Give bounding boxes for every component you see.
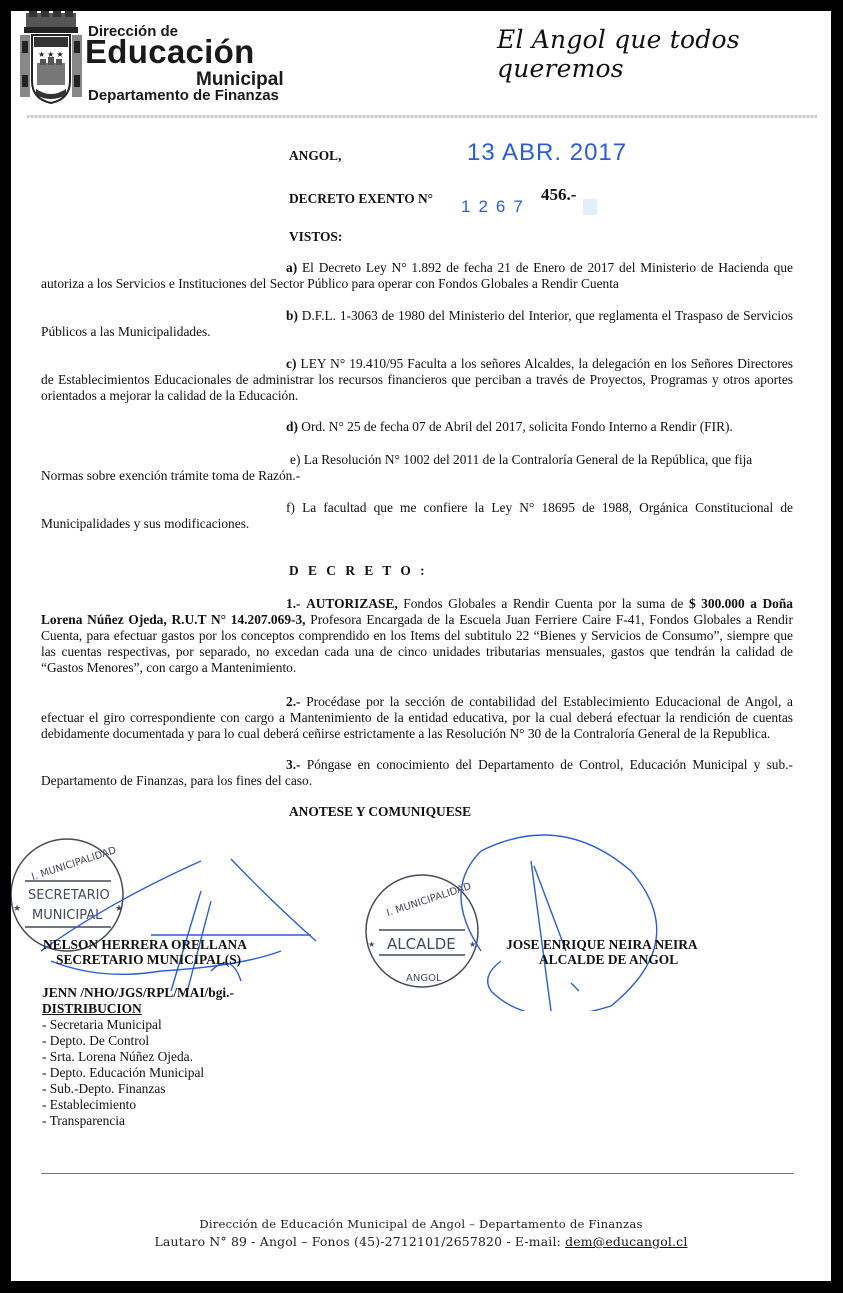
footer-line-1: Dirección de Educación Municipal de Ango…	[11, 1217, 831, 1231]
header-department: Departamento de Finanzas	[88, 87, 279, 104]
vistos-label: VISTOS:	[289, 229, 342, 245]
decreto-title: D E C R E T O :	[289, 563, 428, 579]
stamp-smudge	[583, 199, 597, 215]
signature-ink-icon: I. MUNICIPALIDAD SECRETARIO MUNICIPAL ★★…	[11, 831, 831, 1011]
svg-text:★: ★	[13, 904, 21, 914]
decree-number: 456.-	[541, 187, 576, 203]
footer-email-link[interactable]: dem@educangol.cl	[565, 1234, 687, 1249]
header-title: Educación	[85, 33, 255, 71]
decreto-item-1: 1.- AUTORIZASE, Fondos Globales a Rendir…	[41, 596, 793, 676]
footer-divider	[41, 1173, 794, 1174]
distribution-item: - Transparencia	[42, 1113, 234, 1129]
secretary-title: SECRETARIO MUNICIPAL(S)	[56, 952, 241, 967]
visto-a: a) El Decreto Ley N° 1.892 de fecha 21 d…	[41, 260, 793, 292]
visto-b: b) D.F.L. 1-3063 de 1980 del Ministerio …	[41, 308, 793, 340]
visto-f: f) La facultad que me confiere la Ley N°…	[41, 500, 793, 532]
distribution-heading: DISTRIBUCION	[42, 1001, 234, 1017]
distribution-item: - Secretaria Municipal	[42, 1017, 234, 1033]
date-stamp: 13 ABR. 2017	[467, 139, 627, 167]
distribution-item: - Sub.-Depto. Finanzas	[42, 1081, 234, 1097]
secretary-name: NELSON HERRERA ORELLANA	[43, 937, 247, 952]
svg-text:I. MUNICIPALIDAD: I. MUNICIPALIDAD	[30, 845, 118, 883]
closing-formula: ANOTESE Y COMUNIQUESE	[289, 804, 471, 820]
decreto-item-2: 2.- Procédase por la sección de contabil…	[41, 694, 793, 742]
svg-text:★: ★	[115, 904, 123, 914]
coat-of-arms-icon: ★ ★ ★	[20, 11, 82, 105]
svg-text:★: ★	[368, 940, 375, 949]
place-label: ANGOL,	[289, 148, 341, 164]
document-page: ★ ★ ★ Dirección de Educación Municipal D…	[11, 11, 831, 1281]
svg-text:ANGOL: ANGOL	[406, 973, 442, 984]
mayor-title: ALCALDE DE ANGOL	[539, 952, 678, 967]
visto-c: c) LEY N° 19.410/95 Faculta a los señore…	[41, 356, 793, 404]
distribution-block: JENN /NHO/JGS/RPL/MAI/bgi.- DISTRIBUCION…	[42, 985, 234, 1129]
visto-d: d) Ord. N° 25 de fecha 07 de Abril del 2…	[41, 419, 793, 435]
visto-e: e) La Resolución N° 1002 del 2011 de la …	[41, 452, 793, 484]
initials: JENN /NHO/JGS/RPL/MAI/bgi.-	[42, 985, 234, 1001]
header-slogan: El Angol que todos queremos	[497, 25, 831, 83]
header-divider	[27, 115, 817, 118]
svg-text:MUNICIPAL: MUNICIPAL	[32, 908, 103, 923]
decree-stamp-number: 1267	[461, 197, 531, 217]
mayor-name: JOSE ENRIQUE NEIRA NEIRA	[506, 937, 698, 952]
svg-text:ALCALDE: ALCALDE	[387, 935, 456, 953]
decreto-item-3: 3.- Póngase en conocimiento del Departam…	[41, 757, 793, 789]
distribution-item: - Depto. De Control	[42, 1033, 234, 1049]
footer-line-2: Lautaro N° 89 - Angol – Fonos (45)-27121…	[11, 1234, 831, 1249]
distribution-item: - Srta. Lorena Núñez Ojeda.	[42, 1049, 234, 1065]
distribution-item: - Establecimiento	[42, 1097, 234, 1113]
svg-text:SECRETARIO: SECRETARIO	[28, 888, 110, 903]
distribution-item: - Depto. Educación Municipal	[42, 1065, 234, 1081]
decree-label: DECRETO EXENTO N°	[289, 191, 433, 207]
svg-text:I. MUNICIPALIDAD: I. MUNICIPALIDAD	[385, 881, 473, 919]
